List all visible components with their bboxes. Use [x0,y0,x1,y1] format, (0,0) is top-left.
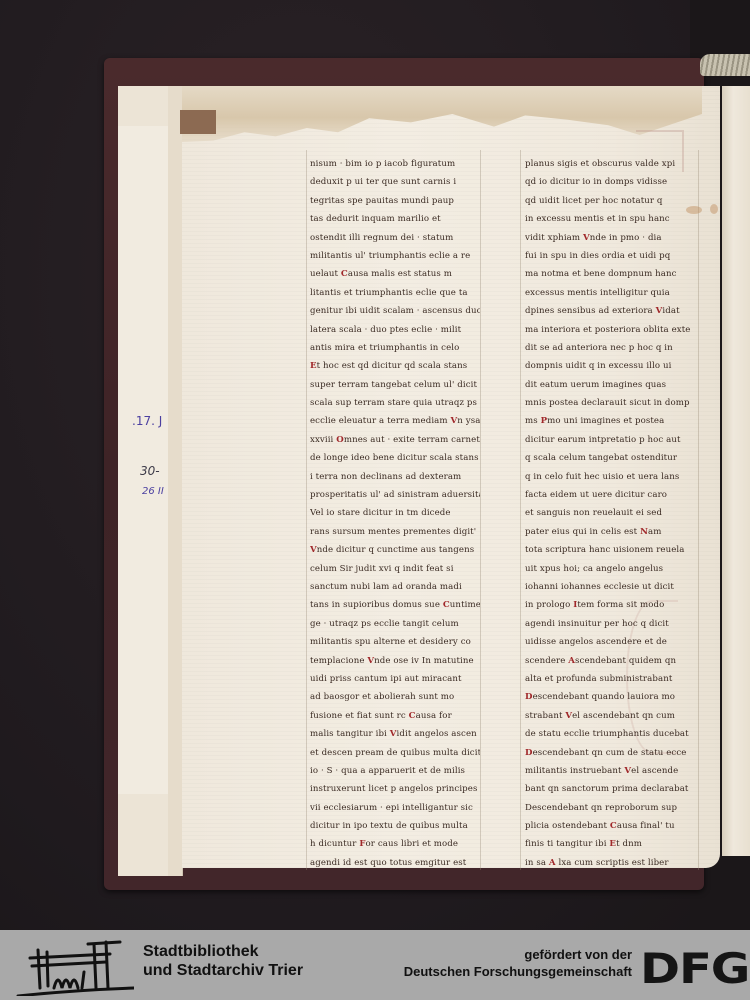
ruling-line [306,150,307,870]
text-line: templacione Vnde ose iv In matutine [310,652,480,670]
text-line: planus sigis et obscurus valde xpi [525,155,697,173]
library-name-line1: Stadtbibliothek [143,942,303,961]
text-line: super terram tangebat celum ul' dicit [310,376,480,394]
text-line: dompnis uidit q in excessu illo ui [525,357,697,375]
text-line: facta eidem ut uere dicitur caro [525,486,697,504]
text-line: in excessu mentis et in spu hanc [525,210,697,228]
text-line: Descendebant qn reproborum sup [525,799,697,817]
text-line: excessus mentis intelligitur quia [525,284,697,302]
text-line: qd uidit licet per hoc notatur q [525,192,697,210]
text-line: antis mira et triumphantis in celo [310,339,480,357]
rubric-initial: I [573,600,577,610]
text-line: finis ti tangitur ibi Et dnm [525,835,697,853]
ruling-line [698,150,699,870]
text-line: dicitur earum intpretatio p hoc aut [525,431,697,449]
rubric-initial: N [640,527,648,537]
slip-note: 26 II [142,486,164,497]
rubric-initial: D [525,748,533,758]
slip-note: 30- [140,464,160,478]
rubric-initial: V [390,729,397,739]
text-line: i terra non declinans ad dexteram [310,468,480,486]
text-line: uelaut Causa malis est status m [310,265,480,283]
funding-text: gefördert von der Deutschen Forschungsge… [404,946,632,980]
text-line: ms Pmo uni imagines et postea [525,412,697,430]
text-line: Et hoc est qd dicitur qd scala stans [310,357,480,375]
rubric-initial: E [609,839,616,849]
dfg-logo[interactable]: DFG [640,948,749,990]
text-line: alta et profunda subministrabant [525,670,697,688]
text-line: fusione et fiat sunt rc Causa for [310,707,480,725]
funding-line2: Deutschen Forschungsgemeinschaft [404,963,632,980]
text-line: Vel io stare dicitur in tm dicede [310,504,480,522]
footer-banner: Stadtbibliothek und Stadtarchiv Trier ge… [0,930,750,1000]
text-line: scala sup terram stare quia utraqz ps [310,394,480,412]
text-line: uidisse angelos ascendere et de [525,633,697,651]
text-line: Vnde dicitur q cunctime aus tangens [310,541,480,559]
text-line: dit se ad anteriora nec p hoc q in [525,339,697,357]
rubric-initial: E [310,361,317,371]
text-line: bant qn sanctorum prima declarabat [525,780,697,798]
library-name-line2: und Stadtarchiv Trier [143,961,303,980]
text-line: celum Sir judit xvi q indit feat si [310,560,480,578]
text-column-left: nisum · bim io p iacob figuratumdeduxit … [310,155,480,872]
ruling-line [480,150,481,870]
text-line: Descendebant quando lauiora mo [525,688,697,706]
text-line: dit eatum uerum imagines quas [525,376,697,394]
text-line: h dicuntur For caus libri et mode [310,835,480,853]
text-line: q in celo fuit hec uisio et uera lans [525,468,697,486]
text-line: ad baosgor et abolierah sunt mo [310,688,480,706]
text-line: io · S · qua a apparuerit et de milis [310,762,480,780]
rubric-initial: V [656,306,663,316]
rubric-initial: C [610,821,617,831]
text-line: pater eius qui in celis est Nam [525,523,697,541]
library-name[interactable]: Stadtbibliothek und Stadtarchiv Trier [143,942,303,980]
text-line: xxviii Omnes aut · exite terram carnet [310,431,480,449]
text-line: instruxerunt licet p angelos principes [310,780,480,798]
text-line: rans sursum mentes prementes digit' [310,523,480,541]
rubric-initial: V [451,416,458,426]
text-line: genitur ibi uidit scalam · ascensus duo [310,302,480,320]
text-line: ma notma et bene dompnum hanc [525,265,697,283]
text-line: uidi priss cantum ipi aut miracant [310,670,480,688]
text-line: plicia ostendebant Causa final' tu [525,817,697,835]
text-line: tota scriptura hanc uisionem reuela [525,541,697,559]
rubric-initial: V [624,766,631,776]
text-line: sanctum nubi lam ad oranda madi [310,578,480,596]
rubric-initial: P [541,416,548,426]
slip-note: .17. J [132,414,162,428]
fore-edge [722,86,750,856]
text-line: et descen pream de quibus multa dicit [310,744,480,762]
rubric-initial: A [549,858,556,868]
text-line: deduxit p ui ter que sunt carnis i [310,173,480,191]
text-line: agendi id est quo totus emgitur est [310,854,480,872]
ruling-line [520,150,521,870]
text-line: tegritas spe pauitas mundi paup [310,192,480,210]
text-line: malis tangitur ibi Vidit angelos ascen [310,725,480,743]
rubric-initial: C [443,600,450,610]
text-line: in sa A lxa cum scriptis est liber [525,854,697,872]
text-line: fui in spu in dies ordia et uidi pq [525,247,697,265]
text-line: ge · utraqz ps ecclie tangit celum [310,615,480,633]
text-line: ostendit illi regnum dei · statum [310,229,480,247]
text-line: militantis spu alterne et desidery co [310,633,480,651]
text-line: prosperitatis ul' ad sinistram aduersita… [310,486,480,504]
stain [710,204,718,214]
text-line: in prologo Item forma sit modo [525,596,697,614]
text-line: uit xpus hoi; ca angelo angelus [525,560,697,578]
headband [700,54,750,76]
rubric-initial: A [568,656,575,666]
paper-slip [118,126,169,794]
leather-tab [180,110,216,134]
leaf-edge [168,86,183,876]
text-line: ecclie eleuatur a terra mediam Vn ysa [310,412,480,430]
rubric-initial: D [525,692,533,702]
text-line: qd io dicitur io in domps vidisse [525,173,697,191]
text-line: mnis postea declarauit sicut in domp [525,394,697,412]
stadtbibliothek-trier-logo-icon[interactable] [14,936,134,996]
text-line: latera scala · duo ptes eclie · milit [310,321,480,339]
rubric-initial: V [310,545,317,555]
rubric-initial: C [341,269,348,279]
text-line: iohanni iohannes ecclesie ut dicit [525,578,697,596]
text-line: tas dedurit inquam marilio et [310,210,480,228]
text-line: q scala celum tangebat ostenditur [525,449,697,467]
text-line: strabant Vel ascendebant qn cum [525,707,697,725]
text-column-right: planus sigis et obscurus valde xpiqd io … [525,155,697,872]
text-line: ma interiora et posteriora oblita exte [525,321,697,339]
manuscript-scan: .17. J 30- 26 II nisum · bim io p iacob … [0,0,750,930]
text-line: de longe ideo bene dicitur scala stans [310,449,480,467]
rubric-initial: C [409,711,416,721]
text-line: tans in supioribus domus sue Cuntime [310,596,480,614]
rubric-initial: V [367,656,374,666]
text-line: dpines sensibus ad exteriora Vidat [525,302,697,320]
text-line: vii ecclesiarum · epi intelligantur sic [310,799,480,817]
text-line: nisum · bim io p iacob figuratum [310,155,480,173]
text-line: dicitur in ipo textu de quibus multa [310,817,480,835]
text-line: de statu ecclie triumphantis ducebat [525,725,697,743]
text-line: litantis et triumphantis eclie que ta [310,284,480,302]
text-line: Descendebant qn cum de statu ecce [525,744,697,762]
text-line: vidit xphiam Vnde in pmo · dia [525,229,697,247]
text-line: scendere Ascendebant quidem qn [525,652,697,670]
text-line: et sanguis non reuelauit ei sed [525,504,697,522]
funding-line1: gefördert von der [404,946,632,963]
rubric-initial: V [583,233,590,243]
rubric-initial: F [359,839,365,849]
text-line: militantis instruebant Vel ascende [525,762,697,780]
text-line: agendi insinuitur per hoc q dicit [525,615,697,633]
text-line: militantis ul' triumphantis eclie a re [310,247,480,265]
rubric-initial: O [336,435,344,445]
rubric-initial: V [565,711,572,721]
